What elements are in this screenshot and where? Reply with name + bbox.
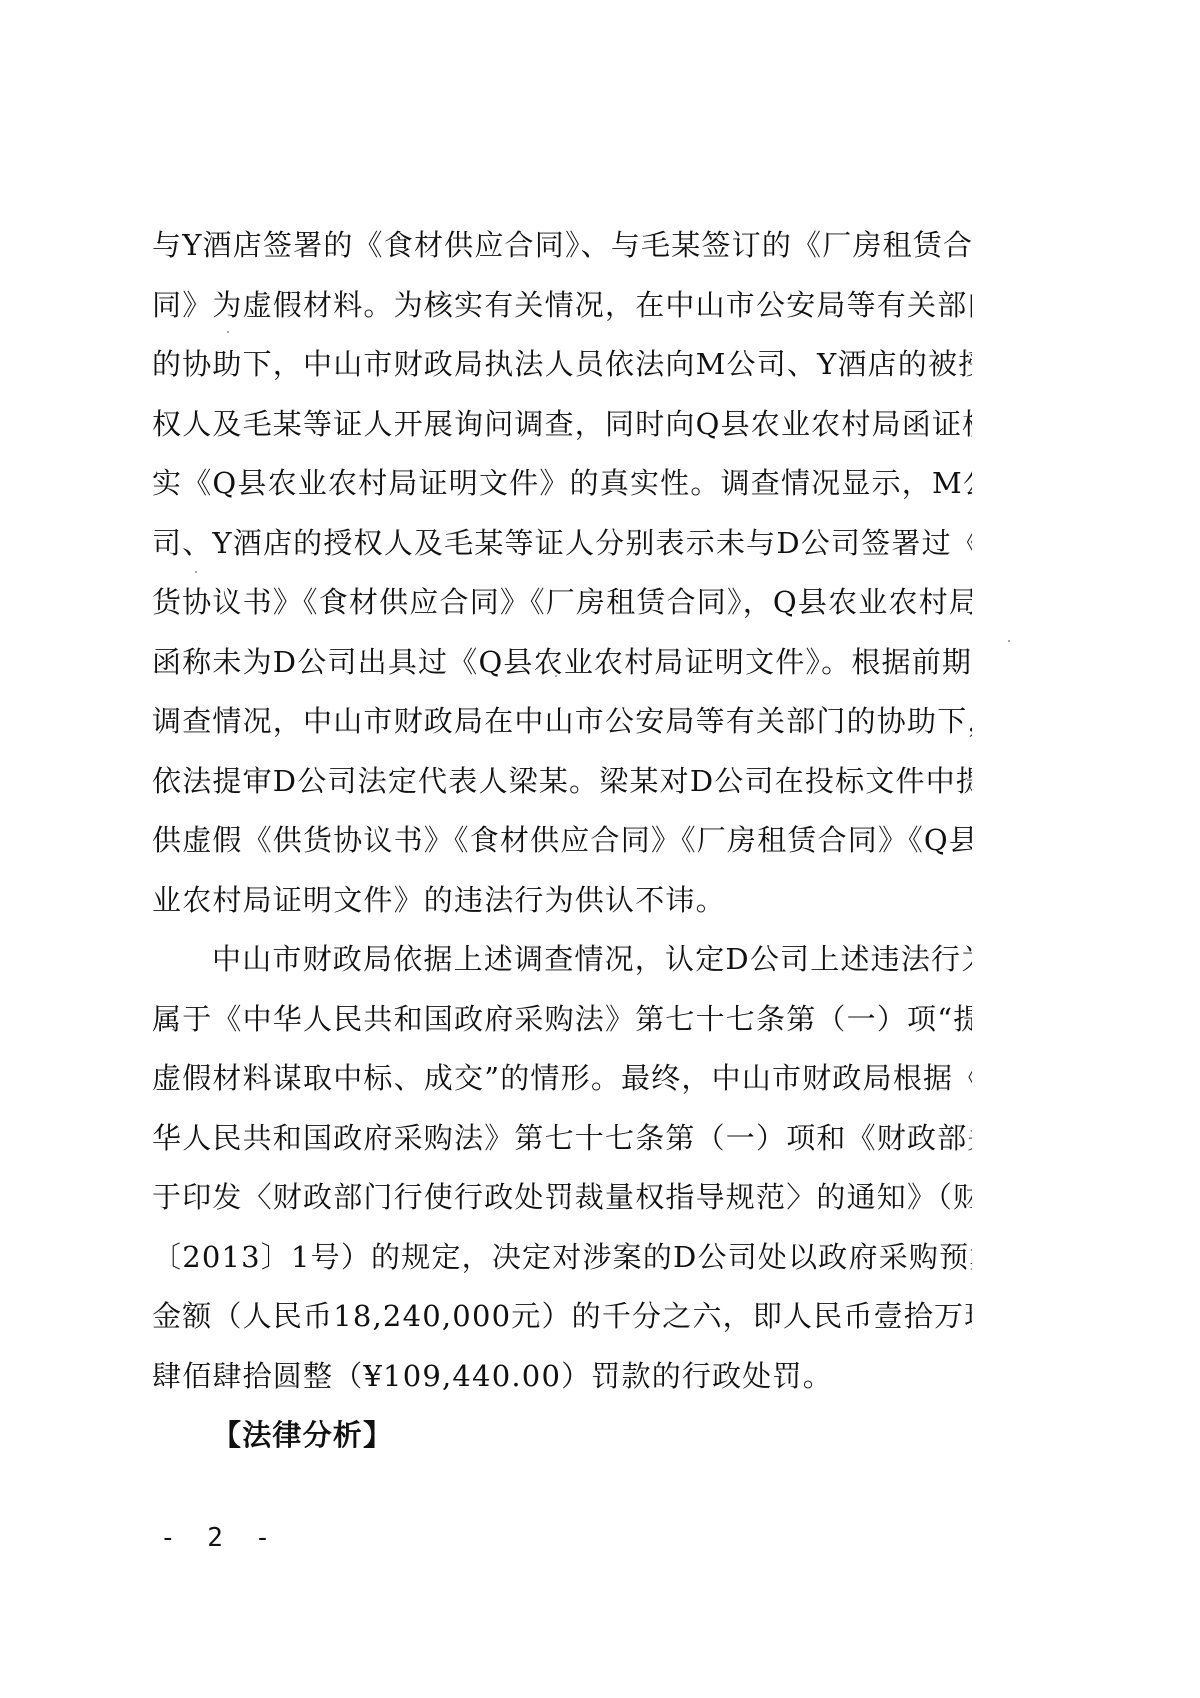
text-line: 函称未为D公司出具过《Q县农业农村局证明文件》。根据前期 xyxy=(152,633,972,693)
paragraph-investigation: 与Y酒店签署的《食材供应合同》、与毛某签订的《厂房租赁合 同》为虚假材料。为核实… xyxy=(152,216,972,930)
paragraph-penalty: 中山市财政局依据上述调查情况，认定D公司上述违法行为 属于《中华人民共和国政府采… xyxy=(152,930,972,1406)
scan-speck xyxy=(1008,640,1010,642)
scan-speck xyxy=(555,675,557,677)
text-line: 金额（人民币18,240,000元）的千分之六，即人民币壹拾万玖仟 xyxy=(152,1287,972,1347)
text-line: 与Y酒店签署的《食材供应合同》、与毛某签订的《厂房租赁合 xyxy=(152,216,972,276)
text-line: 同》为虚假材料。为核实有关情况，在中山市公安局等有关部门 xyxy=(152,276,972,336)
text-line: 〔2013〕1号）的规定，决定对涉案的D公司处以政府采购预算 xyxy=(152,1228,972,1288)
text-line: 供虚假《供货协议书》《食材供应合同》《厂房租赁合同》《Q县农 xyxy=(152,811,972,871)
text-line: 调查情况，中山市财政局在中山市公安局等有关部门的协助下， xyxy=(152,692,972,752)
page-number: - 2 - xyxy=(160,1523,278,1553)
text-line: 中山市财政局依据上述调查情况，认定D公司上述违法行为 xyxy=(152,930,972,990)
text-line: 依法提审D公司法定代表人梁某。梁某对D公司在投标文件中提 xyxy=(152,752,972,812)
document-page: 与Y酒店签署的《食材供应合同》、与毛某签订的《厂房租赁合 同》为虚假材料。为核实… xyxy=(0,0,1200,1698)
scan-speck xyxy=(227,331,229,333)
text-line: 权人及毛某等证人开展询问调查，同时向Q县农业农村局函证核 xyxy=(152,395,972,455)
text-line: 实《Q县农业农村局证明文件》的真实性。调查情况显示，M公 xyxy=(152,454,972,514)
text-line: 属于《中华人民共和国政府采购法》第七十七条第（一）项“提供 xyxy=(152,990,972,1050)
section-heading: 【法律分析】 xyxy=(152,1406,972,1466)
text-line: 华人民共和国政府采购法》第七十七条第（一）项和《财政部关 xyxy=(152,1109,972,1169)
text-line: 虚假材料谋取中标、成交”的情形。最终，中山市财政局根据《中 xyxy=(152,1049,972,1109)
scan-speck xyxy=(195,571,197,573)
body-text: 与Y酒店签署的《食材供应合同》、与毛某签订的《厂房租赁合 同》为虚假材料。为核实… xyxy=(152,216,972,1466)
text-line: 司、Y酒店的授权人及毛某等证人分别表示未与D公司签署过《供 xyxy=(152,514,972,574)
text-line: 的协助下，中山市财政局执法人员依法向M公司、Y酒店的被授 xyxy=(152,335,972,395)
text-line: 肆佰肆拾圆整（¥109,440.00）罚款的行政处罚。 xyxy=(152,1347,972,1407)
text-line: 于印发〈财政部门行使行政处罚裁量权指导规范〉的通知》（财法 xyxy=(152,1168,972,1228)
text-line: 货协议书》《食材供应合同》《厂房租赁合同》，Q县农业农村局回 xyxy=(152,573,972,633)
text-line: 业农村局证明文件》的违法行为供认不讳。 xyxy=(152,871,972,931)
